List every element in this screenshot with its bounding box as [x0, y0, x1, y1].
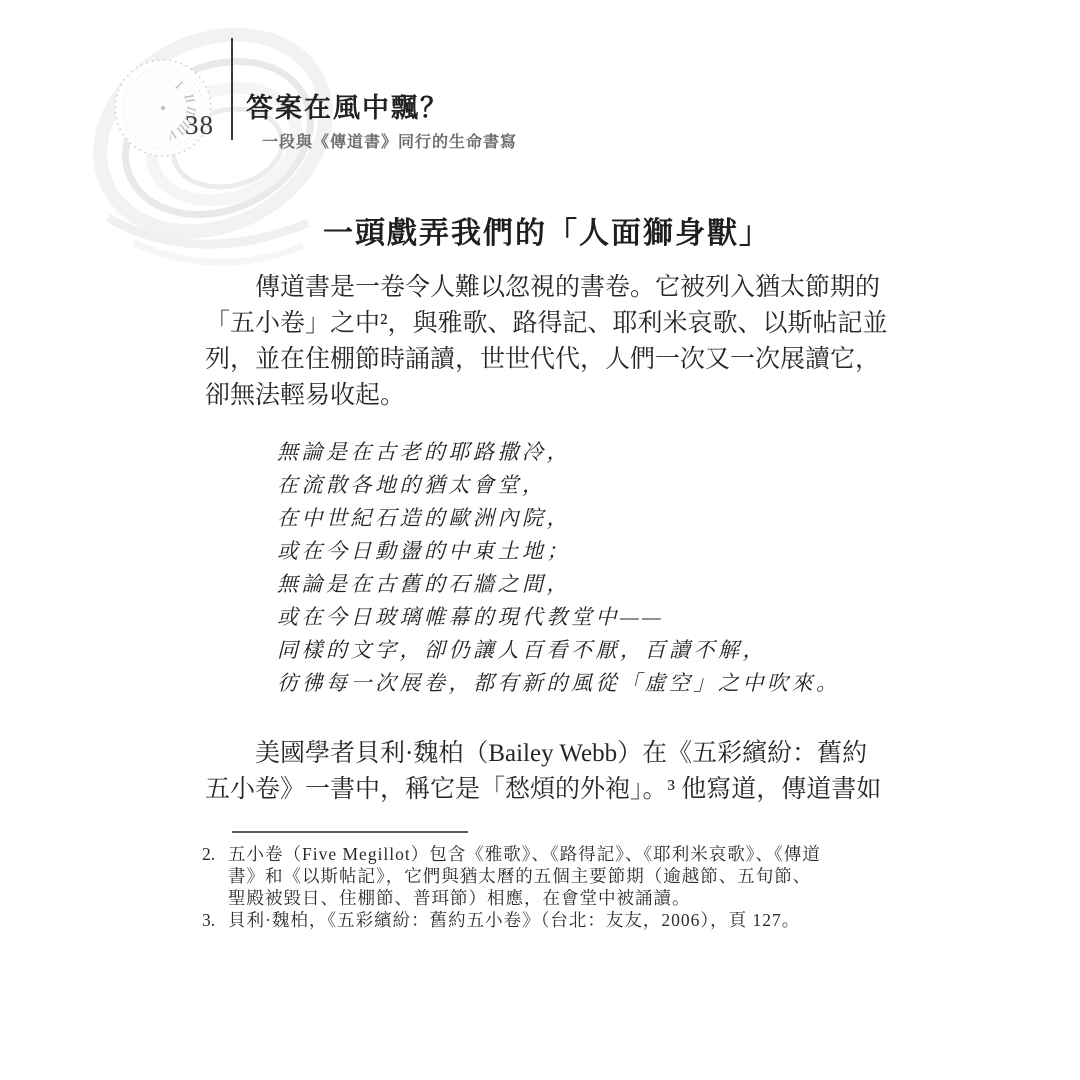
header-rule	[231, 38, 233, 140]
book-title: 答案在風中飄？	[246, 86, 517, 125]
poem-quotation: 無論是在古老的耶路撒冷， 在流散各地的猶太會堂， 在中世紀石造的歐洲內院， 或在…	[277, 436, 897, 700]
page-number: 38	[185, 110, 214, 141]
footnote-line: 聖殿被毀日、住棚節、普珥節）相應，在會堂中被誦讀。	[228, 887, 902, 909]
svg-text:II: II	[181, 91, 199, 106]
poem-line: 無論是在古舊的石牆之間，	[277, 568, 897, 601]
svg-text:V: V	[165, 126, 180, 144]
poem-line: 同樣的文字，卻仍讓人百看不厭，百讀不解，	[277, 634, 897, 667]
footnote-number: 2.	[202, 843, 228, 865]
footnote-3: 3. 貝利·魏柏，《五彩繽紛：舊約五小卷》（台北：友友，2006），頁 127。	[202, 909, 902, 931]
footnote-number: 3.	[202, 909, 228, 931]
poem-line: 或在今日玻璃帷幕的現代教堂中——	[277, 601, 897, 634]
running-header: 答案在風中飄？ 一段與《傳道書》同行的生命書寫	[246, 86, 517, 152]
paragraph-line: 五小卷》一書中，稱它是「愁煩的外袍」。³ 他寫道，傳道書如	[205, 772, 895, 808]
footnote-line: 書》和《以斯帖記》，它們與猶太曆的五個主要節期（逾越節、五旬節、	[228, 865, 902, 887]
footnote-text: 五小卷（Five Megillot）包含《雅歌》、《路得記》、《耶利米哀歌》、《…	[228, 843, 902, 909]
book-page: I II III IIII V 38 答案在風中飄？ 一段與《傳道書》同行的生命…	[0, 0, 1080, 1080]
paragraph-line: 卻無法輕易收起。	[205, 378, 895, 414]
svg-text:I: I	[172, 77, 186, 93]
footnote-line: 五小卷（Five Megillot）包含《雅歌》、《路得記》、《耶利米哀歌》、《…	[228, 843, 902, 865]
paragraph-line: 傳道書是一卷令人難以忽視的書卷。它被列入猶太節期的	[205, 270, 895, 306]
poem-line: 在中世紀石造的歐洲內院，	[277, 502, 897, 535]
footnote-line: 貝利·魏柏，《五彩繽紛：舊約五小卷》（台北：友友，2006），頁 127。	[228, 909, 902, 931]
footnote-divider	[232, 831, 468, 833]
clock-icon: I II III IIII V	[115, 60, 211, 156]
paragraph-line: 列，並在住棚節時誦讀，世世代代，人們一次又一次展讀它，	[205, 342, 895, 378]
poem-line: 無論是在古老的耶路撒冷，	[277, 436, 897, 469]
paragraph-line: 「五小卷」之中²，與雅歌、路得記、耶利米哀歌、以斯帖記並	[205, 306, 895, 342]
paragraph-1: 傳道書是一卷令人難以忽視的書卷。它被列入猶太節期的 「五小卷」之中²，與雅歌、路…	[205, 270, 895, 414]
footnote-2: 2. 五小卷（Five Megillot）包含《雅歌》、《路得記》、《耶利米哀歌…	[202, 843, 902, 909]
footnotes-section: 2. 五小卷（Five Megillot）包含《雅歌》、《路得記》、《耶利米哀歌…	[202, 843, 902, 931]
paragraph-line: 美國學者貝利·魏柏（Bailey Webb）在《五彩繽紛：舊約	[205, 736, 895, 772]
book-subtitle: 一段與《傳道書》同行的生命書寫	[262, 129, 517, 152]
poem-line: 彷彿每一次展卷，都有新的風從「虛空」之中吹來。	[277, 667, 897, 700]
chapter-title: 一頭戲弄我們的「人面獅身獸」	[205, 208, 889, 252]
poem-line: 或在今日動盪的中東土地；	[277, 535, 897, 568]
poem-line: 在流散各地的猶太會堂，	[277, 469, 897, 502]
paragraph-2: 美國學者貝利·魏柏（Bailey Webb）在《五彩繽紛：舊約 五小卷》一書中，…	[205, 736, 895, 808]
footnote-text: 貝利·魏柏，《五彩繽紛：舊約五小卷》（台北：友友，2006），頁 127。	[228, 909, 902, 931]
